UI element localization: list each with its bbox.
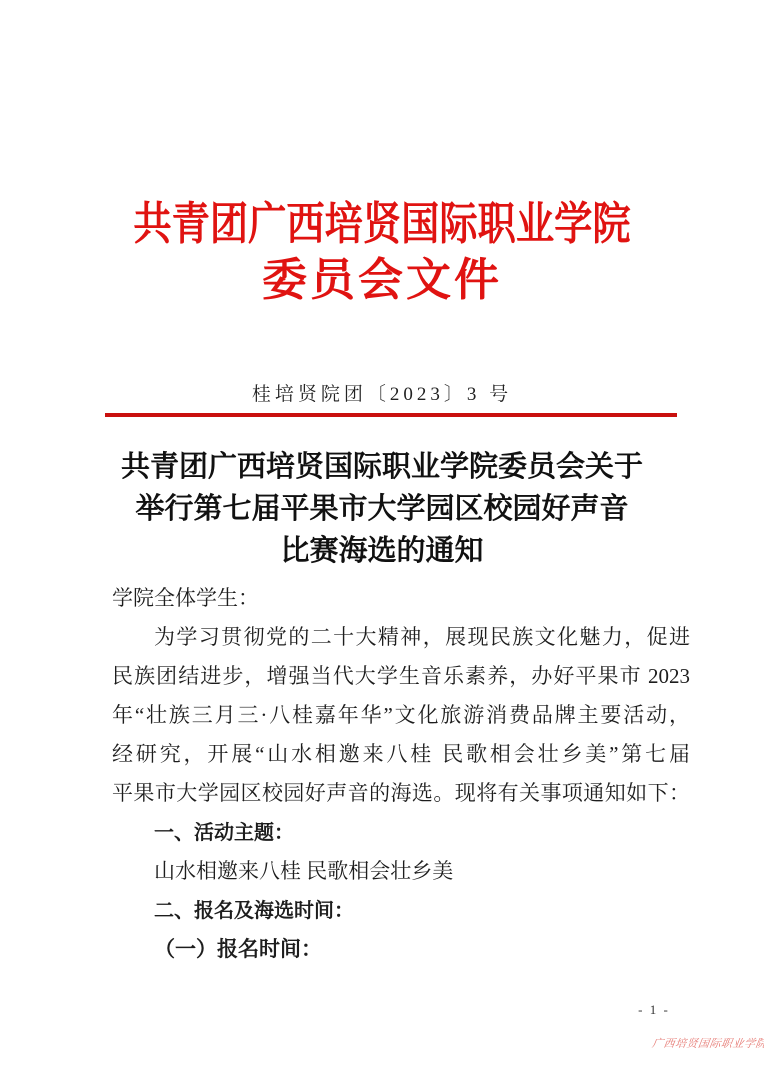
document-number: 桂培贤院团〔2023〕3 号 (0, 379, 764, 406)
body-salutation: 学院全体学生： (112, 579, 690, 618)
body-paragraph-line: 平果市大学园区校园好声音的海选。现将有关事项通知如下： (112, 774, 690, 813)
letterhead-org-title-line1: 共青团广西培贤国际职业学院 (57, 196, 706, 252)
school-signature-watermark: 广西培贤国际职业学院 (651, 1036, 759, 1052)
notice-title-line3: 比赛海选的通知 (0, 530, 764, 572)
notice-body: 学院全体学生： 为学习贯彻党的二十大精神，展现民族文化魅力，促进 民族团结进步，… (112, 579, 690, 969)
body-paragraph-line: 年“壮族三月三·八桂嘉年华”文化旅游消费品牌主要活动， (112, 696, 690, 735)
body-paragraph-line: 经研究，开展“山水相邀来八桂 民歌相会壮乡美”第七届 (112, 735, 690, 774)
section-heading-1: 一、活动主题： (112, 813, 690, 852)
section-heading-2: 二、报名及海选时间： (112, 891, 690, 930)
letterhead-red-rule (105, 413, 677, 417)
notice-title-line2: 举行第七届平果市大学园区校园好声音 (0, 488, 764, 530)
notice-title-line1: 共青团广西培贤国际职业学院委员会关于 (0, 446, 764, 488)
notice-title: 共青团广西培贤国际职业学院委员会关于 举行第七届平果市大学园区校园好声音 比赛海… (0, 446, 764, 572)
activity-theme-text: 山水相邀来八桂 民歌相会壮乡美 (112, 852, 690, 891)
page-number: - 1 - (614, 1002, 694, 1018)
body-paragraph-line: 民族团结进步，增强当代大学生音乐素养，办好平果市 2023 (112, 657, 690, 696)
subsection-heading: （一）报名时间： (112, 930, 690, 969)
letterhead-org-title: 共青团广西培贤国际职业学院 委员会文件 (0, 196, 764, 308)
document-page: 共青团广西培贤国际职业学院 委员会文件 桂培贤院团〔2023〕3 号 共青团广西… (0, 0, 764, 1080)
letterhead-org-title-line2: 委员会文件 (0, 252, 764, 308)
body-paragraph-line: 为学习贯彻党的二十大精神，展现民族文化魅力，促进 (112, 618, 690, 657)
